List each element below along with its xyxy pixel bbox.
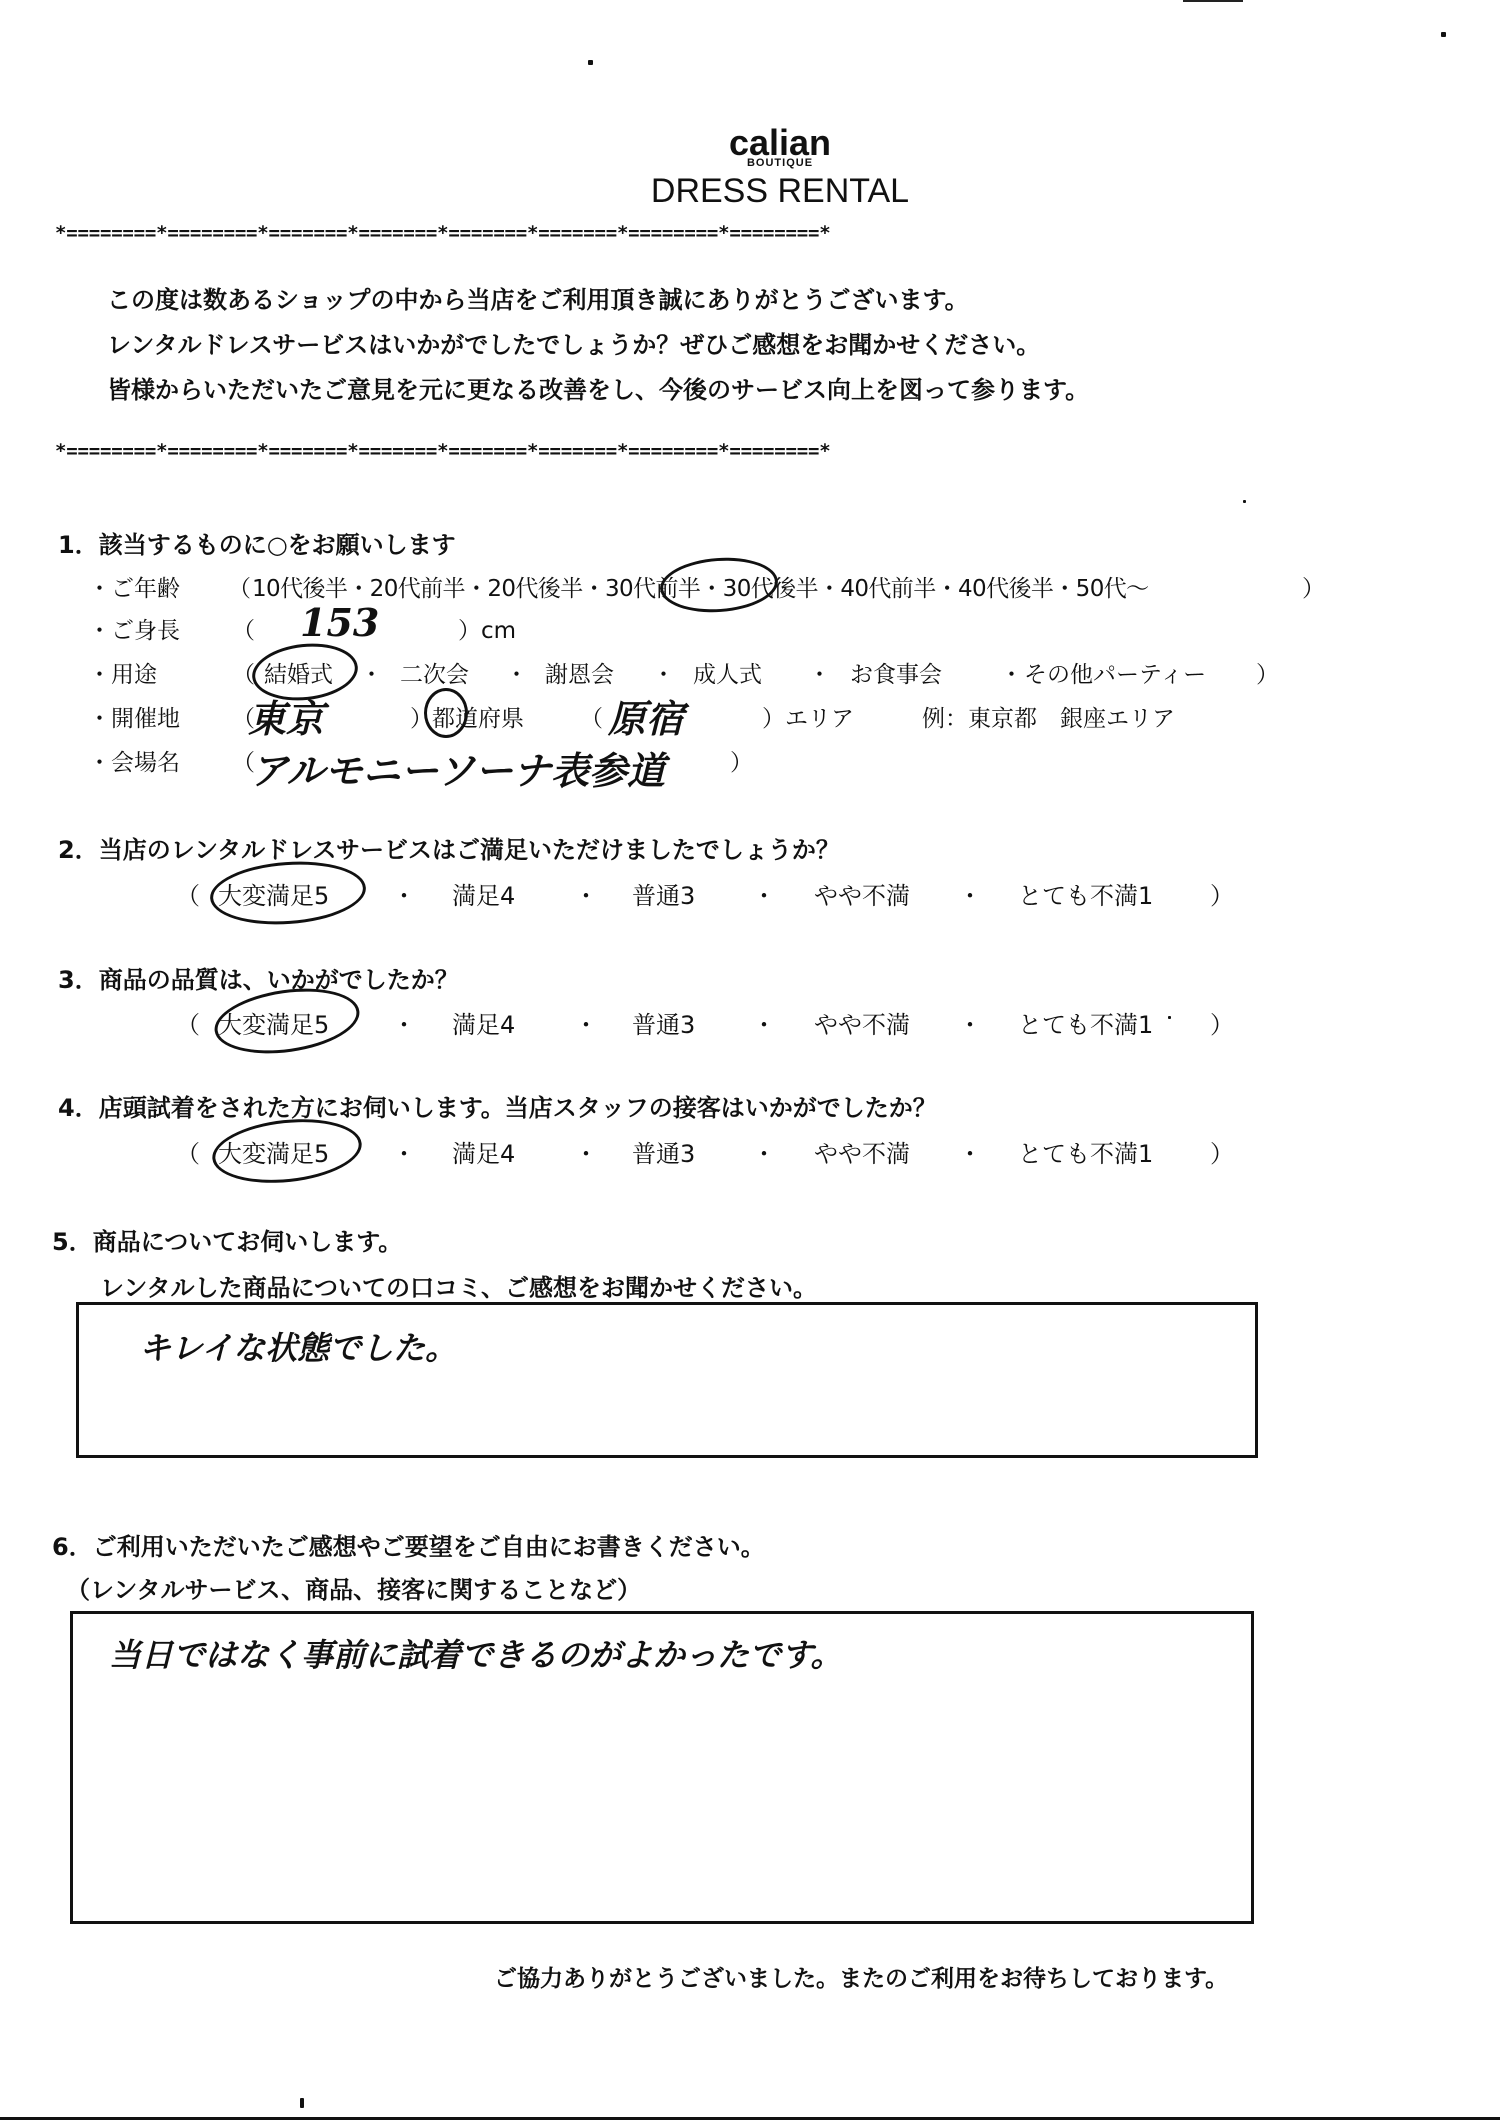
area-suffix: ）エリア [762,700,854,733]
question-4-title: 4．店頭試着をされた方にお伺いします。当店スタッフの接客はいかがでしたか？ [58,1088,937,1123]
venue-close-paren: ） [730,744,753,777]
purpose-separator: ・ [360,656,383,689]
brand-subtitle: BOUTIQUE [0,157,1500,169]
venue-value[interactable]: アルモニーソーナ表参道 [250,740,665,795]
scan-speck [300,2098,304,2108]
purpose-separator: ・ [652,656,675,689]
selected-rating-circle [208,857,368,930]
location-example: 例：東京都 銀座エリア [922,700,1175,733]
rating-open-paren: （ [176,876,200,911]
rating-separator: ・ [574,1134,598,1169]
question-3-title: 3．商品の品質は、いかがでしたか？ [58,960,459,995]
rating-option-satisfied[interactable]: 満足4 [452,1005,515,1040]
prefecture-value[interactable]: 東京 [248,688,324,743]
scan-artifact-bottom-line [0,2117,1500,2120]
area-open-paren: （ [580,700,603,733]
intro-line: 皆様からいただいたご意見を元に更なる改善をし、今後のサービス向上を図って参ります… [107,368,1089,413]
purpose-option-dinner[interactable]: お食事会 [850,656,942,689]
rating-separator: ・ [958,1005,982,1040]
rating-option-neutral[interactable]: 普通3 [632,1134,695,1169]
rating-option-slightly-dissatisfied[interactable]: やや不満 [814,1005,910,1040]
question-6-subtitle: （レンタルサービス、商品、接客に関することなど） [66,1570,641,1605]
purpose-option-thanks-party[interactable]: 謝恩会 [545,656,614,689]
age-close-paren: ） [1302,570,1325,603]
scan-speck [1168,1016,1171,1019]
rating-separator: ・ [958,1134,982,1169]
purpose-separator: ・ [1000,656,1023,689]
rating-close-paren: ） [1210,1134,1234,1169]
rating-separator: ・ [574,1005,598,1040]
question-2-title: 2．当店のレンタルドレスサービスはご満足いただけましたでしょうか？ [58,830,840,865]
purpose-separator: ・ [808,656,831,689]
rating-option-satisfied[interactable]: 満足4 [452,876,515,911]
rating-separator: ・ [752,876,776,911]
scan-artifact-line [1183,0,1243,2]
rating-separator: ・ [392,1005,416,1040]
rating-separator: ・ [392,876,416,911]
height-label: ・ご身長 [88,612,180,645]
venue-label: ・会場名 [88,744,180,777]
scan-speck [1441,32,1446,37]
divider-bottom: *========*========*=======*=======*=====… [55,440,1360,462]
purpose-close-paren: ） [1256,656,1279,689]
selected-prefecture-type-circle [424,688,468,738]
rating-separator: ・ [752,1005,776,1040]
height-unit: ）cm [458,612,516,645]
rating-option-slightly-dissatisfied[interactable]: やや不満 [814,876,910,911]
location-label: ・開催地 [88,700,180,733]
scan-speck [1243,500,1246,503]
rating-close-paren: ） [1210,876,1234,911]
rating-separator: ・ [574,876,598,911]
divider-top: *========*========*=======*=======*=====… [55,222,1360,244]
purpose-option-afterparty[interactable]: 二次会 [400,656,469,689]
rating-option-very-dissatisfied[interactable]: とても不満1 [1018,876,1153,911]
purpose-option-other-party[interactable]: その他パーティー [1024,656,1206,689]
height-value[interactable]: 153 [300,600,379,645]
footer-thanks: ご協力ありがとうございました。またのご利用をお待ちしております。 [494,1960,1228,1993]
rating-open-paren: （ [176,1134,200,1169]
question-6-answer[interactable]: 当日ではなく事前に試着できるのがよかったです。 [109,1630,842,1676]
purpose-label: ・用途 [88,656,157,689]
intro-text: この度は数あるショップの中から当店をご利用頂き誠にありがとうございます。 レンタ… [107,278,1089,413]
height-open-paren: （ [232,612,255,645]
purpose-separator: ・ [505,656,528,689]
rating-close-paren: ） [1210,1005,1234,1040]
intro-line: レンタルドレスサービスはいかがでしたでしょうか？ぜひご感想をお聞かせください。 [107,323,1089,368]
question-1-title: 1．該当するものに○をお願いします [58,525,456,560]
rating-option-neutral[interactable]: 普通3 [632,1005,695,1040]
service-title: DRESS RENTAL [0,172,1500,211]
rating-separator: ・ [752,1134,776,1169]
scan-speck [588,60,593,65]
question-6-answer-box[interactable]: 当日ではなく事前に試着できるのがよかったです。 [70,1611,1254,1924]
question-5-answer[interactable]: キレイな状態でした。 [139,1323,457,1369]
question-5-subtitle: レンタルした商品についての口コミ、ご感想をお聞かせください。 [100,1268,817,1303]
age-label: ・ご年齢 [88,570,180,603]
rating-option-satisfied[interactable]: 満足4 [452,1134,515,1169]
rating-option-very-dissatisfied[interactable]: とても不満1 [1018,1134,1153,1169]
question-5-answer-box[interactable]: キレイな状態でした。 [76,1302,1258,1458]
rating-separator: ・ [958,876,982,911]
intro-line: この度は数あるショップの中から当店をご利用頂き誠にありがとうございます。 [107,278,1089,323]
purpose-option-coming-of-age[interactable]: 成人式 [693,656,762,689]
selected-age-circle [658,554,779,616]
rating-option-neutral[interactable]: 普通3 [632,876,695,911]
area-value[interactable]: 原宿 [608,688,684,743]
rating-open-paren: （ [176,1005,200,1040]
rating-option-very-dissatisfied[interactable]: とても不満1 [1018,1005,1153,1040]
rating-option-slightly-dissatisfied[interactable]: やや不満 [814,1134,910,1169]
question-6-title: 6．ご利用いただいたご感想やご要望をご自由にお書きください。 [52,1527,765,1562]
selected-rating-circle [209,1112,365,1189]
rating-separator: ・ [392,1134,416,1169]
age-open-paren: （ [228,570,251,603]
question-5-title: 5．商品についてお伺いします。 [52,1222,402,1257]
